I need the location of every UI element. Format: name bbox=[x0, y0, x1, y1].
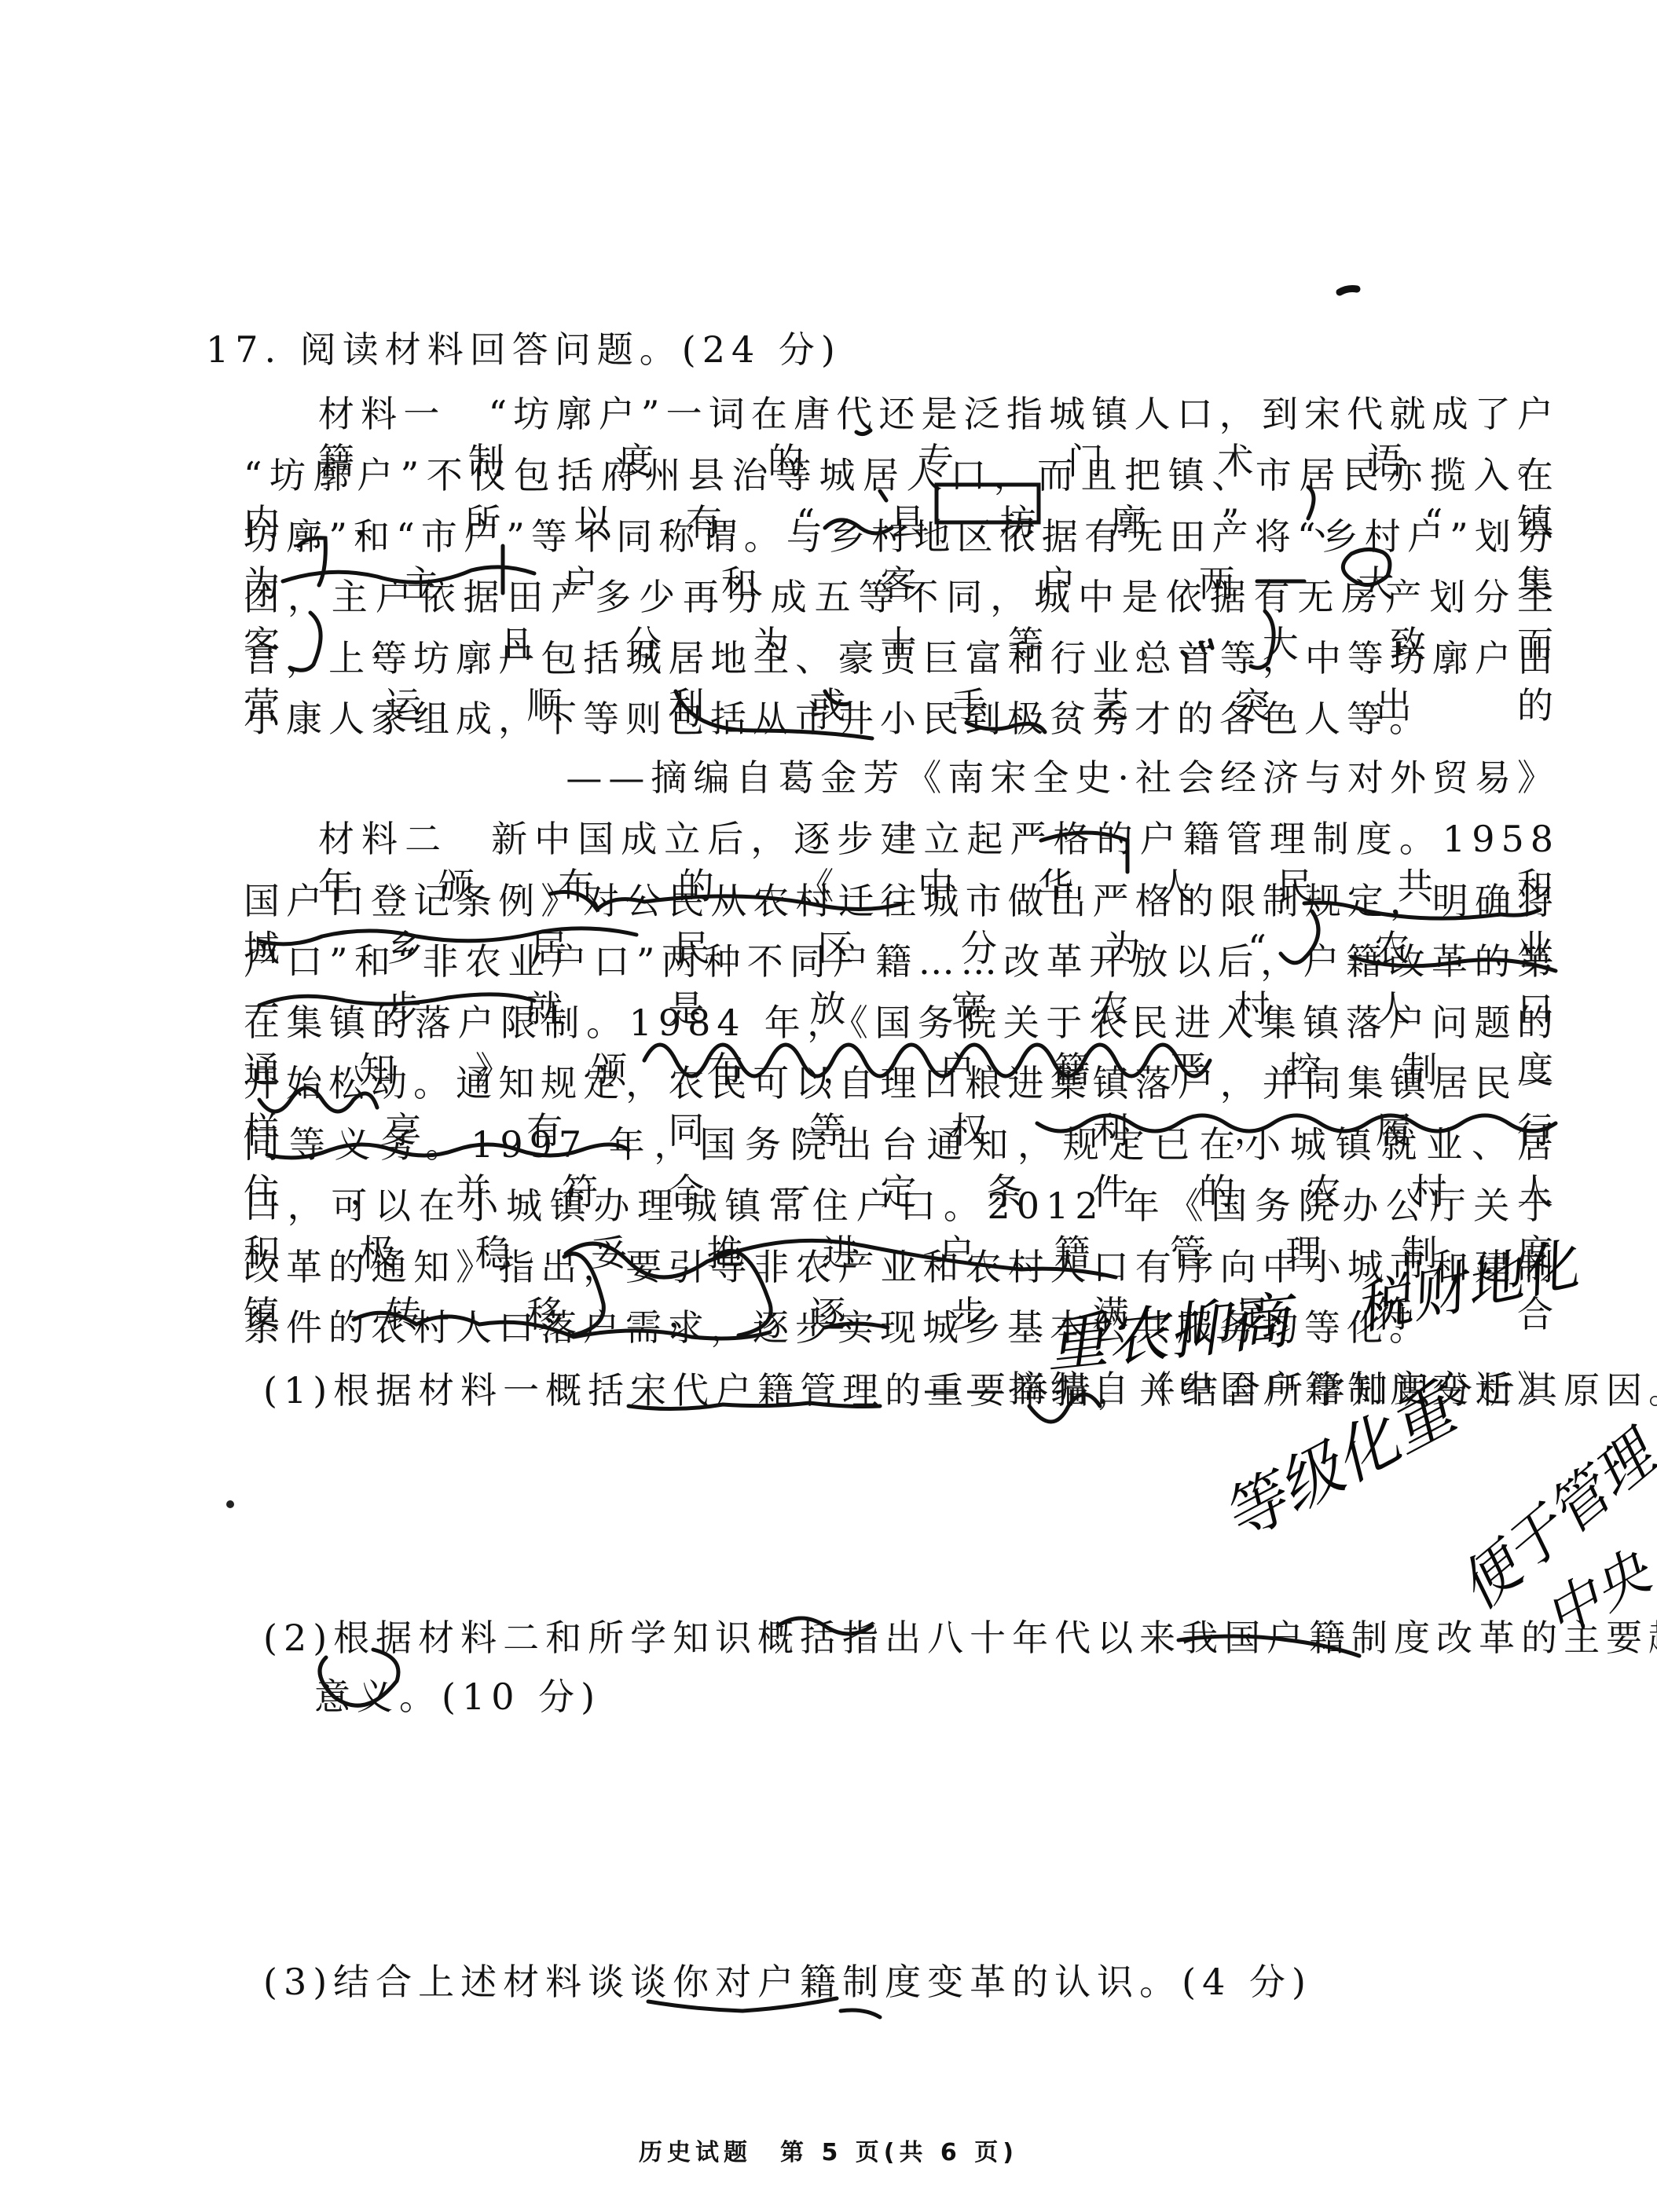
page-footer: 历史试题 第 5 页(共 6 页) bbox=[0, 2133, 1657, 2167]
sub-question-2-line-2: 意义。(10 分) bbox=[314, 1673, 601, 1720]
sub-question-3: (3)结合上述材料谈谈你对户籍制度变革的认识。(4 分) bbox=[263, 1958, 1312, 2005]
sub-question-2-line-1: (2)根据材料二和所学知识概括指出八十年代以来我国户籍制度改革的主要趋势，并分析… bbox=[263, 1614, 1657, 1661]
answer-area-2[interactable] bbox=[259, 1728, 1634, 1948]
question-title: 17. 阅读材料回答问题。(24 分) bbox=[206, 326, 841, 373]
answer-area-3[interactable] bbox=[259, 2019, 1634, 2121]
material-1-line: 小康人家组成，下等则包括从市井小民到极贫秀才的各色人等。 bbox=[244, 695, 1432, 742]
material-1-source: ——摘编自葛金芳《南宋全史·社会经济与对外贸易》 bbox=[566, 754, 1560, 801]
